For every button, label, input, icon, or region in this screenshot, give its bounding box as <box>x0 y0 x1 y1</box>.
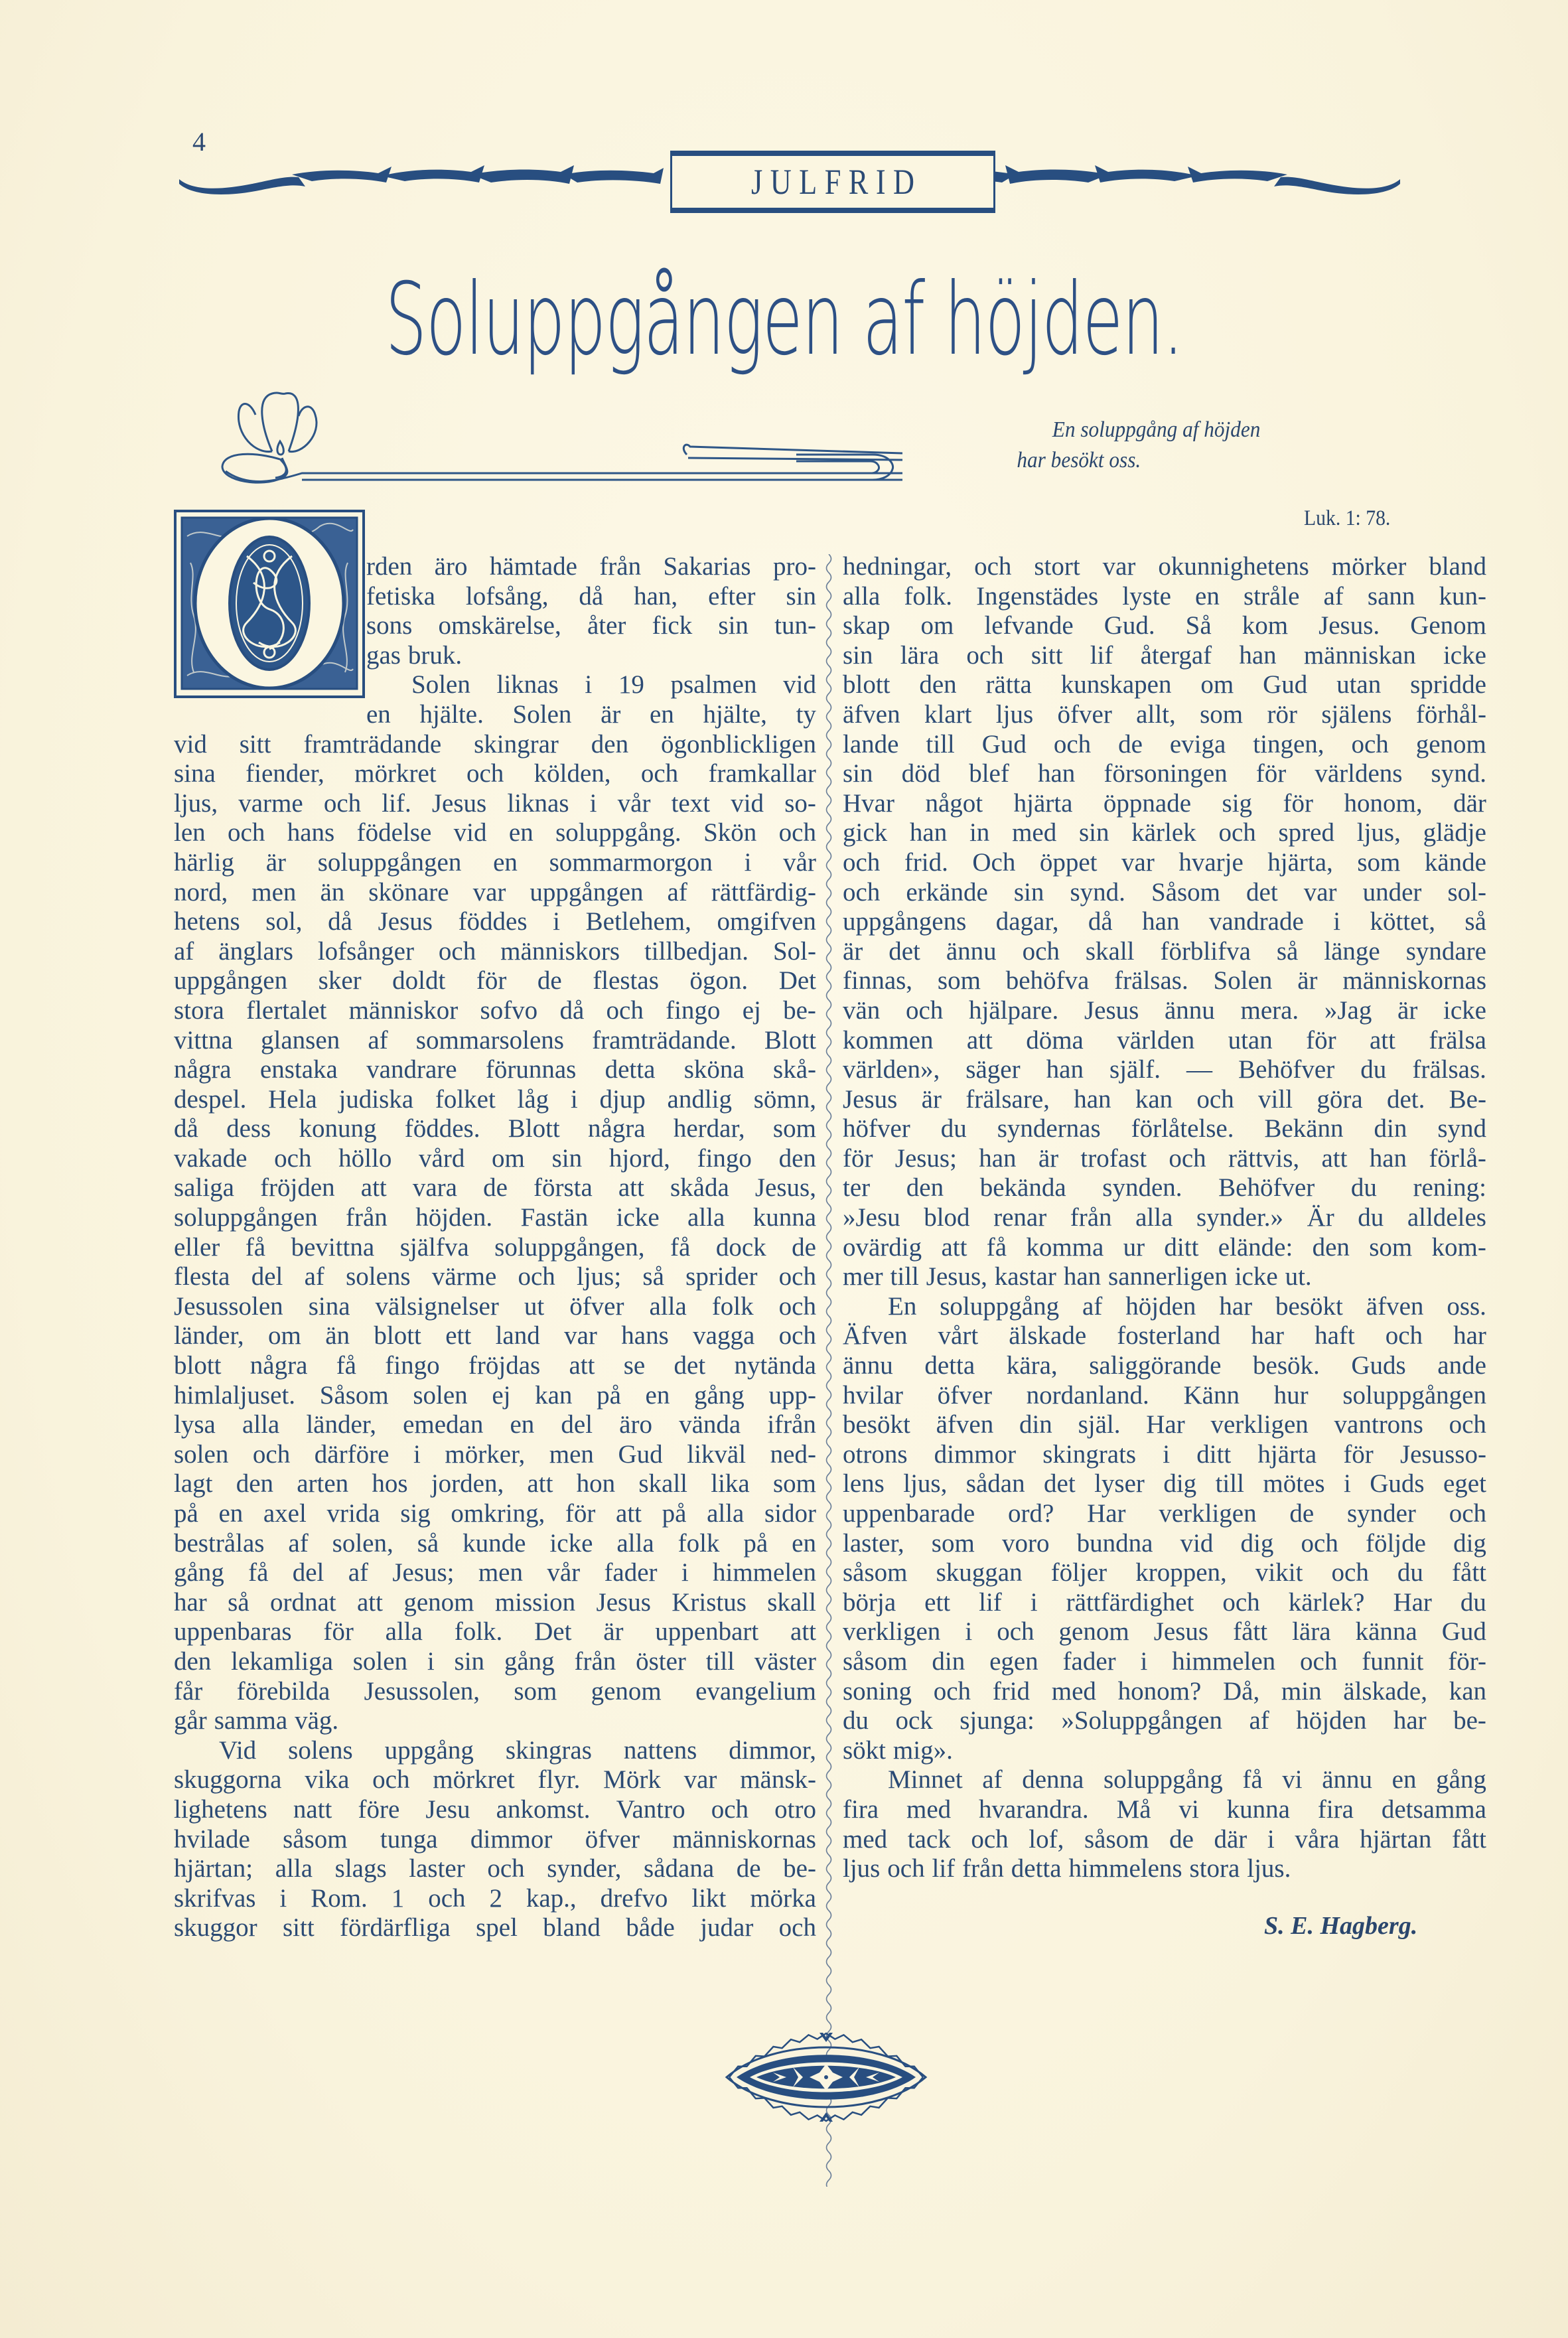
text-line: mertillJesus,kastarhansannerligenickeut. <box>843 1262 1486 1292</box>
right-column: hedningar,ochstortvarokunnighetensmörker… <box>843 552 1486 1884</box>
text-line: Hvarnågothjärtaöppnadesigförhonom,där <box>843 789 1486 819</box>
text-line: hedningar,ochstortvarokunnighetensmörker… <box>843 552 1486 582</box>
text-line: gasbruk. <box>366 641 816 671</box>
text-line: verkligeniochgenomJesusfåttlärakännaGud <box>843 1617 1486 1647</box>
text-line: hviladesåsomtungadimmoröfvermänniskornas <box>174 1825 816 1855</box>
text-line: höfverdusyndernasförlåtelse.Bekänndinsyn… <box>843 1114 1486 1144</box>
text-line: sinläraochsittlifåtergafhanmänniskanicke <box>843 641 1486 671</box>
text-line: flestadelafsolensvärmeochljus;såspridero… <box>174 1262 816 1292</box>
text-line: laster,somvorobundnaviddigochföljdedig <box>843 1529 1486 1559</box>
text-line: Äfvenvårtälskadefosterlandharhaftochhar <box>843 1321 1486 1351</box>
text-line: hjärtan;allaslagslasterochsynder,sådanad… <box>174 1854 816 1884</box>
text-line: förJesus;hanärtrofastochrättvis,atthanfö… <box>843 1144 1486 1174</box>
text-line: kommenattdömavärldenutanförattfrälsa <box>843 1026 1486 1056</box>
text-line: ocherkändesinsynd.Såsomdetvarundersol- <box>843 878 1486 908</box>
epigraph-line: En soluppgång af höjden <box>1035 415 1377 445</box>
text-line: vakadeochhöllovårdomsinhjord,fingoden <box>174 1144 816 1174</box>
text-line: soluppgångenfrånhöjden.Fastänickeallakun… <box>174 1203 816 1233</box>
text-line: gårsammaväg. <box>174 1706 816 1736</box>
masthead: JULFRID <box>670 154 995 210</box>
text-line: lensljus,sådandetlyserdigtillmötesiGudse… <box>843 1469 1486 1499</box>
text-line: vidsittframträdandeskingrardenögonblickl… <box>174 730 816 760</box>
text-line: besöktäfvendinsjäl.Harverkligenvantronso… <box>843 1410 1486 1440</box>
text-line: himlaljuset.Såsomsolenejkanpåengångupp- <box>174 1381 816 1411</box>
text-line: medtackochlof,såsomdedärivårahjärtanfått <box>843 1825 1486 1855</box>
text-line: gångfådelafJesus;menvårfaderihimmelen <box>174 1558 816 1588</box>
text-line: uppenbarasförallafolk.Detäruppenbartatt <box>174 1617 816 1647</box>
text-line: ovärdigattfåkommaurdittelände:densomkom- <box>843 1233 1486 1263</box>
text-line: sonsomskärelse,återficksintun- <box>366 611 816 641</box>
text-line: fetiskalofsång,dåhan,eftersin <box>366 582 816 612</box>
left-column: rdenärohämtadefrånSakariaspro-fetiskalof… <box>174 552 816 1943</box>
text-line: allafolk.Ingenstädeslysteenstråleafsannk… <box>843 582 1486 612</box>
text-line: ellerfåbevittnasjälfvasoluppgången,fådoc… <box>174 1233 816 1263</box>
text-line: firamedhvarandra.Måvikunnafiradetsamma <box>843 1795 1486 1825</box>
epigraph-line: har besökt oss. <box>1017 445 1377 476</box>
text-line: Jesusärfrälsare,hankanochvillgöradet.Be- <box>843 1085 1486 1115</box>
text-line: fårförebildaJesussolen,somgenomevangeliu… <box>174 1677 816 1707</box>
text-line: duocksjunga:»Soluppgångenafhöjdenharbe- <box>843 1706 1486 1736</box>
text-line: despel.Helajudiskafolketlågidjupandligsö… <box>174 1085 816 1115</box>
text-line: hetenssol,dåJesusföddesiBetlehem,omgifve… <box>174 907 816 937</box>
text-line: länder,omänblottettlandvarhansvaggaoch <box>174 1321 816 1351</box>
text-line: Solenliknasi19psalmenvid <box>366 670 816 700</box>
text-line: Vidsolensuppgångskingrasnattensdimmor, <box>174 1736 816 1766</box>
text-line: världen»,sägerhansjälf.—Behöfverdufrälsa… <box>843 1055 1486 1085</box>
author-signature: S. E. Hagberg. <box>1264 1911 1417 1940</box>
text-line: gickhaninmedsinkärlekochspredljus,glädje <box>843 818 1486 848</box>
text-line: storaflertaletmänniskorsofvodåochfingoej… <box>174 996 816 1026</box>
text-line: skuggornavikaochmörkretflyr.Mörkvarmänsk… <box>174 1765 816 1795</box>
text-line: börjaettlifirättfärdighetochkärlek?Hardu <box>843 1588 1486 1618</box>
text-line: hvilaröfvernordanland.Kännhursoluppgånge… <box>843 1381 1486 1411</box>
text-line: dådesskonungföddes.Blottnågraherdar,som <box>174 1114 816 1144</box>
text-line: vittnaglansenafsommarsolensframträdande.… <box>174 1026 816 1056</box>
text-line: härligärsoluppgångenensommarmorgonivår <box>174 848 816 878</box>
text-line: uppgångensdagar,dåhanvandradeiköttet,så <box>843 907 1486 937</box>
article-title: Soluppgången af höjden. <box>267 262 1302 378</box>
eye-shaped-vignette-icon <box>720 2027 932 2127</box>
text-line: saligafröjdenattvaradeförstaattskådaJesu… <box>174 1173 816 1203</box>
text-line: bestrålasafsolen,såkundeickeallafolkpåen <box>174 1529 816 1559</box>
text-line: äfvenklartljusöfverallt,somrörsjälensför… <box>843 700 1486 730</box>
text-line: blottdenrättakunskapenomGudutanspridde <box>843 670 1486 700</box>
text-line: ochfrid.Ochöppetvarhvarjehjärta,somkände <box>843 848 1486 878</box>
text-line: ännudettakära,saliggörandebesök.Gudsande <box>843 1351 1486 1381</box>
text-line: finnas,sombehöfvafrälsas.Solenärmännisko… <box>843 966 1486 996</box>
text-line: skrifvasiRom.1och2kap.,drefvoliktmörka <box>174 1884 816 1914</box>
text-line: skuggorsittfördärfligaspelblandbådejudar… <box>174 1913 816 1943</box>
text-line: ljus,varmeochlif.Jesusliknasivårtextvids… <box>174 789 816 819</box>
text-line: solenochdärföreimörker,menGudlikvälned- <box>174 1440 816 1470</box>
text-line: såsomskugganföljerkroppen,vikitochdufått <box>843 1558 1486 1588</box>
epigraph: En soluppgång af höjden har besökt oss. <box>1035 415 1377 476</box>
text-line: afänglarslofsångerochmänniskorstillbedja… <box>174 937 816 967</box>
text-line: ljusochliffråndettahimmelensstoraljus. <box>843 1854 1486 1884</box>
text-line: denlekamligasolenisingångfrånöstertillvä… <box>174 1647 816 1677</box>
text-line: otronsdimmorskingratsiditthjärtaförJesus… <box>843 1440 1486 1470</box>
epigraph-reference: Luk. 1: 78. <box>1304 506 1390 531</box>
text-line: ärdetännuochskallförblifvasålängesyndare <box>843 937 1486 967</box>
masthead-title: JULFRID <box>744 161 922 202</box>
text-line: Jesussolensinavälsignelserutöfverallafol… <box>174 1292 816 1322</box>
wavy-divider-icon <box>819 554 839 2187</box>
text-line: enhjälte.Solenärenhjälte,ty <box>366 700 816 730</box>
text-line: såsomdinegenfaderihimmelenochfunnitför- <box>843 1647 1486 1677</box>
text-line: sinafiender,mörkretochkölden,ochframkall… <box>174 759 816 789</box>
rule-endcap-icon <box>796 441 929 488</box>
text-line: blottnågrafåfingofröjdasattsedetnytända <box>174 1351 816 1381</box>
text-line: uppenbaradeord?Harverkligendesynderoch <box>843 1499 1486 1529</box>
text-line: soningochfridmedhonom?Då,minälskade,kan <box>843 1677 1486 1707</box>
text-line: vänochhjälpare.Jesusännumera.»Jagäricke <box>843 996 1486 1026</box>
text-line: lagtdenartenhosjorden,atthonskalllikasom <box>174 1469 816 1499</box>
text-line: lenochhansfödelsevidensoluppgång.Skönoch <box>174 818 816 848</box>
text-line: lighetensnattföreJesuankomst.Vantroochot… <box>174 1795 816 1825</box>
text-line: söktmig». <box>843 1736 1486 1766</box>
text-line: nord,menänskönarevaruppgångenafrättfärdi… <box>174 878 816 908</box>
text-line: harsåordnatattgenommissionJesusKristussk… <box>174 1588 816 1618</box>
text-line: sindödblefhanförsoningenförvärldenssynd. <box>843 759 1486 789</box>
text-line: Ensoluppgångafhöjdenharbesöktäfvenoss. <box>843 1292 1486 1322</box>
text-line: rdenärohämtadefrånSakariaspro- <box>366 552 816 582</box>
text-line: terdenbekändasynden.Behöfverdurening: <box>843 1173 1486 1203</box>
text-line: någraenstakavandrareförunnasdettaskönask… <box>174 1055 816 1085</box>
text-line: skapomlefvandeGud.SåkomJesus.Genom <box>843 611 1486 641</box>
text-line: uppgångenskerdoldtfördeflestasögon.Det <box>174 966 816 996</box>
text-line: lysaallaländer,emedanendelärovändaifrån <box>174 1410 816 1440</box>
text-line: »Jesublodrenarfrånallasynder.»Ärdualldel… <box>843 1203 1486 1233</box>
text-line: landetillGudochdeevigatingen,ochgenom <box>843 730 1486 760</box>
text-line: Minnetafdennasoluppgångfåviännuengång <box>843 1765 1486 1795</box>
text-line: påenaxelvridasigomkring,förattpåallasido… <box>174 1499 816 1529</box>
